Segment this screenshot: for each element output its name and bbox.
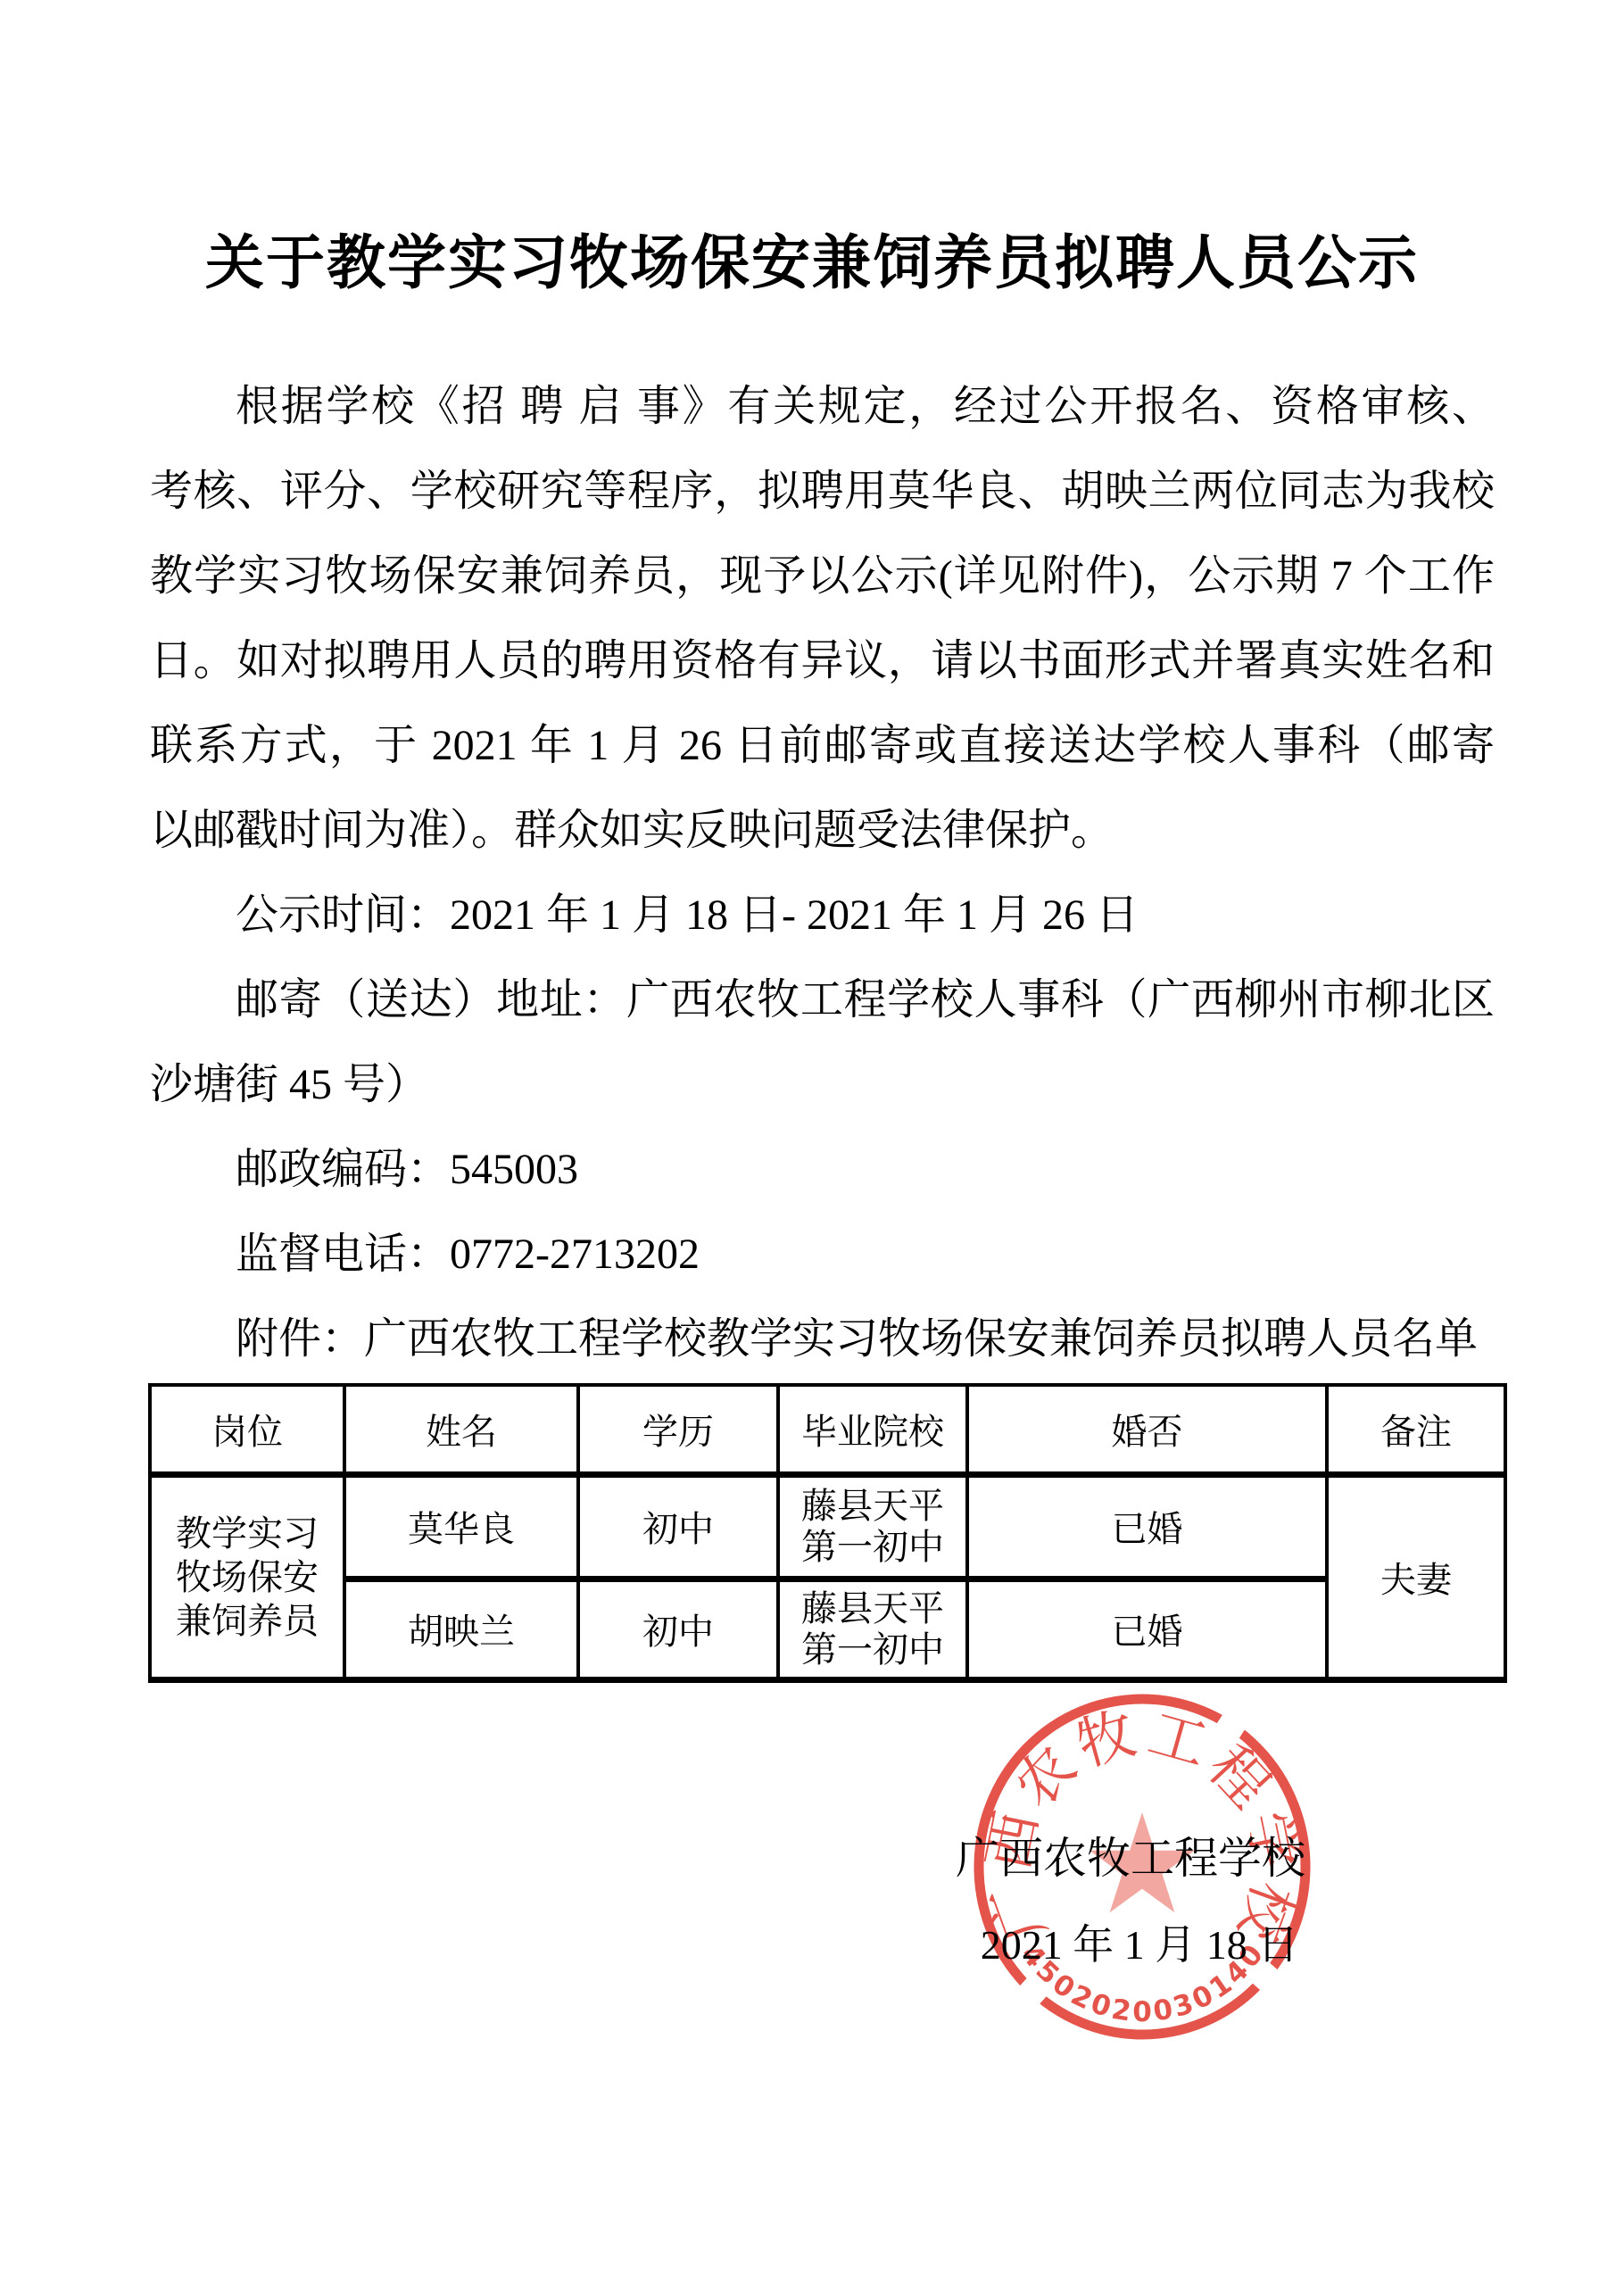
body-line-mail-address: 邮寄（送达）地址：广西农牧工程学校人事科（广西柳州市柳北区 bbox=[150, 957, 1495, 1042]
body-line-attachment: 附件：广西农牧工程学校教学实习牧场保安兼饲养员拟聘人员名单 bbox=[150, 1297, 1495, 1381]
seal-text-char: 学 bbox=[1235, 1806, 1308, 1875]
document-title: 关于教学实习牧场保安兼饲养员拟聘人员公示 bbox=[0, 220, 1624, 304]
table-header-row: 岗位 姓名 学历 毕业院校 婚否 备注 bbox=[150, 1385, 1505, 1474]
body-line-postcode: 邮政编码：545003 bbox=[150, 1127, 1495, 1212]
position-line: 牧场保安 bbox=[152, 1555, 343, 1599]
school-line: 第一初中 bbox=[780, 1527, 965, 1568]
body-line-phone: 监督电话：0772-2713202 bbox=[150, 1212, 1495, 1297]
body-line: 以邮戳时间为准）。群众如实反映问题受法律保护。 bbox=[150, 788, 1495, 873]
cell-note: 夫妻 bbox=[1327, 1474, 1505, 1679]
attachment-table: 岗位 姓名 学历 毕业院校 婚否 备注 教学实习 牧场保安 兼饲养员 莫华良 初… bbox=[148, 1383, 1507, 1683]
body-line: 考核、评分、学校研究等程序，拟聘用莫华良、胡映兰两位同志为我校 bbox=[150, 449, 1495, 534]
seal-text-char: 程 bbox=[1197, 1735, 1282, 1819]
body-line: 教学实习牧场保安兼饲养员，现予以公示(详见附件)，公示期 7 个工作 bbox=[150, 534, 1495, 618]
table-row: 教学实习 牧场保安 兼饲养员 莫华良 初中 藤县天平 第一初中 已婚 夫妻 bbox=[150, 1474, 1505, 1579]
body-line-public-period: 公示时间：2021 年 1 月 18 日- 2021 年 1 月 26 日 bbox=[150, 873, 1495, 957]
cell-position: 教学实习 牧场保安 兼饲养员 bbox=[150, 1474, 344, 1679]
body-line: 联系方式，于 2021 年 1 月 26 日前邮寄或直接送达学校人事科（邮寄 bbox=[150, 703, 1495, 788]
school-line: 第一初中 bbox=[780, 1629, 965, 1670]
cell-name: 胡映兰 bbox=[344, 1579, 578, 1679]
col-header-name: 姓名 bbox=[344, 1385, 578, 1474]
col-header-marital: 婚否 bbox=[967, 1385, 1327, 1474]
position-line: 教学实习 bbox=[152, 1512, 343, 1555]
body-line: 根据学校《招 聘 启 事》有关规定，经过公开报名、资格审核、 bbox=[150, 364, 1495, 449]
cell-school: 藤县天平 第一初中 bbox=[778, 1579, 967, 1679]
official-seal: 广西农牧工程学校4502020030140 bbox=[964, 1688, 1321, 2045]
seal-text-char: 农 bbox=[1003, 1735, 1089, 1819]
table-row: 胡映兰 初中 藤县天平 第一初中 已婚 bbox=[150, 1579, 1505, 1679]
school-line: 藤县天平 bbox=[780, 1588, 965, 1629]
col-header-note: 备注 bbox=[1327, 1385, 1505, 1474]
cell-marital: 已婚 bbox=[967, 1579, 1327, 1679]
seal-number-digit: 0 bbox=[1132, 1996, 1152, 2028]
position-line: 兼饲养员 bbox=[152, 1599, 343, 1643]
school-line: 藤县天平 bbox=[780, 1486, 965, 1527]
seal-number-digit: 2 bbox=[1109, 1993, 1133, 2028]
document-page: 关于教学实习牧场保安兼饲养员拟聘人员公示 根据学校《招 聘 启 事》有关规定，经… bbox=[0, 0, 1624, 2296]
col-header-school: 毕业院校 bbox=[778, 1385, 967, 1474]
body-line: 日。如对拟聘用人员的聘用资格有异议，请以书面形式并署真实姓名和 bbox=[150, 618, 1495, 703]
body-text: 根据学校《招 聘 启 事》有关规定，经过公开报名、资格审核、 考核、评分、学校研… bbox=[150, 364, 1495, 1381]
seal-star-icon bbox=[1090, 1812, 1195, 1912]
cell-school: 藤县天平 第一初中 bbox=[778, 1474, 967, 1579]
col-header-education: 学历 bbox=[578, 1385, 778, 1474]
seal-text-char: 西 bbox=[976, 1806, 1049, 1875]
cell-name: 莫华良 bbox=[344, 1474, 578, 1579]
body-line-street: 沙塘街 45 号） bbox=[150, 1042, 1495, 1127]
cell-education: 初中 bbox=[578, 1579, 778, 1679]
cell-education: 初中 bbox=[578, 1474, 778, 1579]
cell-marital: 已婚 bbox=[967, 1474, 1327, 1579]
col-header-position: 岗位 bbox=[150, 1385, 344, 1474]
